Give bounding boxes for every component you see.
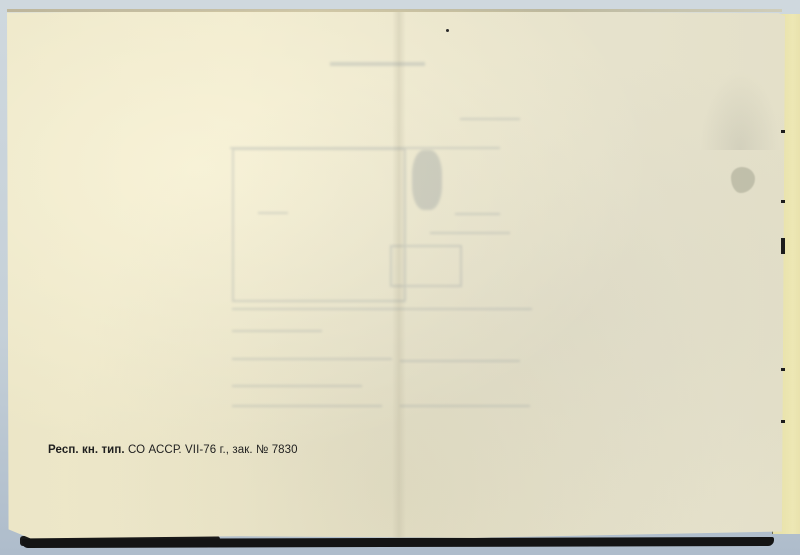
show-through-content	[0, 0, 800, 555]
imprint-prefix: Респ. кн. тип.	[48, 444, 125, 457]
photo-scene: Респ. кн. тип. СО АССР. VII-76 г., зак. …	[0, 0, 800, 555]
imprint-number-sign: №	[256, 444, 268, 457]
imprint-order-number: 7830	[272, 444, 298, 457]
printer-imprint: Респ. кн. тип. СО АССР. VII-76 г., зак. …	[48, 444, 298, 457]
imprint-body: СО АССР. VII-76 г., зак.	[128, 444, 253, 457]
